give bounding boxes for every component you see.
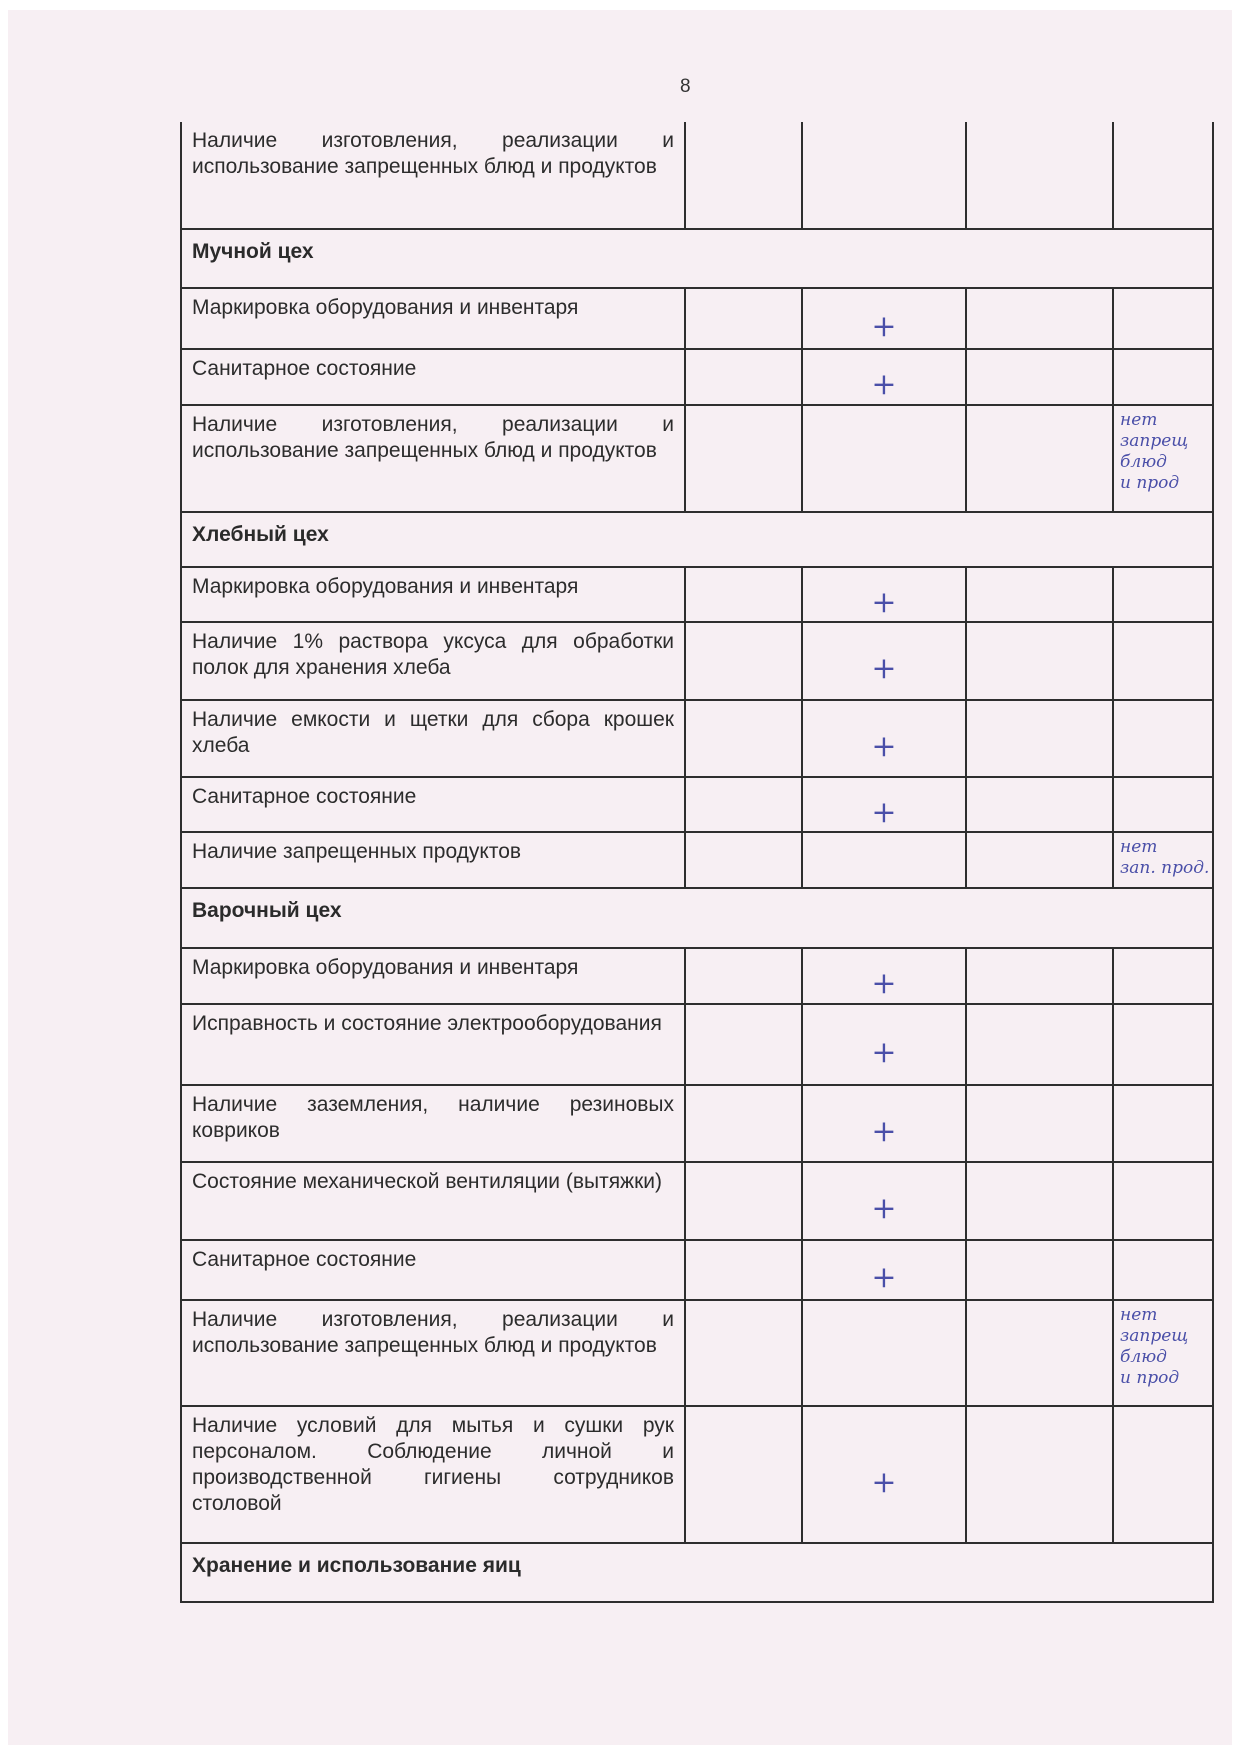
section-header-row: Хлебный цех	[180, 513, 1214, 568]
cell-c4	[1112, 701, 1214, 776]
cell-c4	[1112, 289, 1214, 348]
cell-c4: нетзап. прод.	[1112, 833, 1214, 887]
criterion-text: Наличие запрещенных продуктов	[182, 833, 684, 887]
cell-c1	[684, 406, 801, 511]
cell-c1	[684, 701, 801, 776]
handwritten-note: нетзапрещблюди прод	[1120, 1305, 1212, 1389]
section-title: Хранение и использование яиц	[182, 1544, 1212, 1601]
criterion-text: Наличие условий для мытья и сушки рук пе…	[182, 1407, 684, 1542]
handwritten-plus-mark: +	[803, 370, 965, 400]
handwritten-plus-mark: +	[803, 312, 965, 342]
criterion-text: Наличие 1% раствора уксуса для обработки…	[182, 623, 684, 699]
cell-c3	[965, 350, 1112, 404]
cell-c1	[684, 1301, 801, 1405]
cell-c1	[684, 949, 801, 1003]
checklist-row: Санитарное состояние+	[180, 350, 1214, 406]
cell-c3	[965, 623, 1112, 699]
criterion-text: Маркировка оборудования и инвентаря	[182, 949, 684, 1003]
criterion-text: Маркировка оборудования и инвентаря	[182, 289, 684, 348]
handwritten-plus-mark: +	[803, 1194, 965, 1224]
handwritten-plus-mark: +	[803, 732, 965, 762]
checklist-row: Маркировка оборудования и инвентаря+	[180, 568, 1214, 623]
handwritten-plus-mark: +	[803, 1468, 965, 1498]
note-line: нет	[1120, 410, 1212, 431]
cell-c2: +	[801, 1407, 965, 1542]
cell-c3	[965, 568, 1112, 621]
cell-c2	[801, 1301, 965, 1405]
checklist-row: Наличие условий для мытья и сушки рук пе…	[180, 1407, 1214, 1544]
note-line: блюд	[1120, 1347, 1212, 1368]
cell-c2: +	[801, 568, 965, 621]
cell-c1	[684, 778, 801, 831]
cell-c3	[965, 701, 1112, 776]
cell-c1	[684, 289, 801, 348]
cell-c4	[1112, 122, 1214, 228]
section-header-row: Мучной цех	[180, 230, 1214, 289]
handwritten-plus-mark: +	[803, 969, 965, 999]
criterion-text: Маркировка оборудования и инвентаря	[182, 568, 684, 621]
cell-c3	[965, 122, 1112, 228]
cell-c2	[801, 122, 965, 228]
note-line: нет	[1120, 837, 1212, 858]
checklist-row: Наличие изготовления, реализации и испол…	[180, 122, 1214, 230]
cell-c1	[684, 568, 801, 621]
cell-c2: +	[801, 778, 965, 831]
cell-c3	[965, 1163, 1112, 1239]
section-title: Мучной цех	[182, 230, 1212, 287]
checklist-row: Санитарное состояние+	[180, 778, 1214, 833]
criterion-text: Санитарное состояние	[182, 350, 684, 404]
note-line: и прод	[1120, 1368, 1212, 1389]
cell-c4	[1112, 949, 1214, 1003]
note-line: зап. прод.	[1120, 858, 1212, 879]
cell-c4	[1112, 568, 1214, 621]
cell-c2: +	[801, 289, 965, 348]
note-line: и прод	[1120, 473, 1212, 494]
criterion-text: Наличие заземления, наличие резиновых ко…	[182, 1086, 684, 1161]
cell-c4	[1112, 1241, 1214, 1299]
cell-c4	[1112, 778, 1214, 831]
cell-c2: +	[801, 623, 965, 699]
criterion-text: Наличие изготовления, реализации и испол…	[182, 1301, 684, 1405]
cell-c3	[965, 1086, 1112, 1161]
cell-c1	[684, 1005, 801, 1084]
handwritten-note: нетзапрещблюди прод	[1120, 410, 1212, 494]
criterion-text: Санитарное состояние	[182, 1241, 684, 1299]
cell-c3	[965, 1005, 1112, 1084]
handwritten-plus-mark: +	[803, 1038, 965, 1068]
note-line: запрещ	[1120, 1326, 1212, 1347]
criterion-text: Санитарное состояние	[182, 778, 684, 831]
cell-c4	[1112, 1163, 1214, 1239]
cell-c2: +	[801, 1163, 965, 1239]
handwritten-plus-mark: +	[803, 1263, 965, 1293]
checklist-row: Санитарное состояние+	[180, 1241, 1214, 1301]
criterion-text: Состояние механической вентиляции (вытяж…	[182, 1163, 684, 1239]
cell-c3	[965, 1301, 1112, 1405]
criterion-text: Исправность и состояние электрооборудова…	[182, 1005, 684, 1084]
checklist-row: Наличие заземления, наличие резиновых ко…	[180, 1086, 1214, 1163]
cell-c4: нетзапрещблюди прод	[1112, 406, 1214, 511]
criterion-text: Наличие емкости и щетки для сбора крошек…	[182, 701, 684, 776]
checklist-row: Исправность и состояние электрооборудова…	[180, 1005, 1214, 1086]
cell-c2: +	[801, 1005, 965, 1084]
cell-c4	[1112, 350, 1214, 404]
handwritten-note: нетзап. прод.	[1120, 837, 1212, 879]
cell-c2: +	[801, 350, 965, 404]
handwritten-plus-mark: +	[803, 798, 965, 828]
checklist-row: Наличие изготовления, реализации и испол…	[180, 406, 1214, 513]
cell-c2: +	[801, 1241, 965, 1299]
cell-c2: +	[801, 701, 965, 776]
checklist-row: Наличие емкости и щетки для сбора крошек…	[180, 701, 1214, 778]
cell-c3	[965, 406, 1112, 511]
note-line: блюд	[1120, 452, 1212, 473]
cell-c1	[684, 1086, 801, 1161]
cell-c3	[965, 1241, 1112, 1299]
cell-c1	[684, 1163, 801, 1239]
handwritten-plus-mark: +	[803, 1117, 965, 1147]
cell-c1	[684, 1407, 801, 1542]
checklist-row: Состояние механической вентиляции (вытяж…	[180, 1163, 1214, 1241]
cell-c1	[684, 122, 801, 228]
cell-c4	[1112, 1407, 1214, 1542]
cell-c4	[1112, 1005, 1214, 1084]
criterion-text: Наличие изготовления, реализации и испол…	[182, 122, 684, 228]
cell-c3	[965, 1407, 1112, 1542]
criterion-text: Наличие изготовления, реализации и испол…	[182, 406, 684, 511]
cell-c4: нетзапрещблюди прод	[1112, 1301, 1214, 1405]
checklist-row: Наличие изготовления, реализации и испол…	[180, 1301, 1214, 1407]
handwritten-plus-mark: +	[803, 654, 965, 684]
cell-c2: +	[801, 1086, 965, 1161]
cell-c2: +	[801, 949, 965, 1003]
checklist-row: Наличие запрещенных продуктовнетзап. про…	[180, 833, 1214, 889]
cell-c1	[684, 833, 801, 887]
section-title: Хлебный цех	[182, 513, 1212, 566]
cell-c1	[684, 623, 801, 699]
checklist-row: Наличие 1% раствора уксуса для обработки…	[180, 623, 1214, 701]
cell-c3	[965, 289, 1112, 348]
section-header-row: Хранение и использование яиц	[180, 1544, 1214, 1603]
note-line: нет	[1120, 1305, 1212, 1326]
handwritten-plus-mark: +	[803, 588, 965, 618]
cell-c1	[684, 350, 801, 404]
note-line: запрещ	[1120, 431, 1212, 452]
cell-c3	[965, 833, 1112, 887]
cell-c2	[801, 406, 965, 511]
cell-c4	[1112, 623, 1214, 699]
cell-c3	[965, 949, 1112, 1003]
checklist-row: Маркировка оборудования и инвентаря+	[180, 949, 1214, 1005]
page-number: 8	[680, 76, 691, 98]
cell-c3	[965, 778, 1112, 831]
section-header-row: Варочный цех	[180, 889, 1214, 949]
section-title: Варочный цех	[182, 889, 1212, 947]
cell-c1	[684, 1241, 801, 1299]
cell-c2	[801, 833, 965, 887]
cell-c4	[1112, 1086, 1214, 1161]
checklist-row: Маркировка оборудования и инвентаря+	[180, 289, 1214, 350]
